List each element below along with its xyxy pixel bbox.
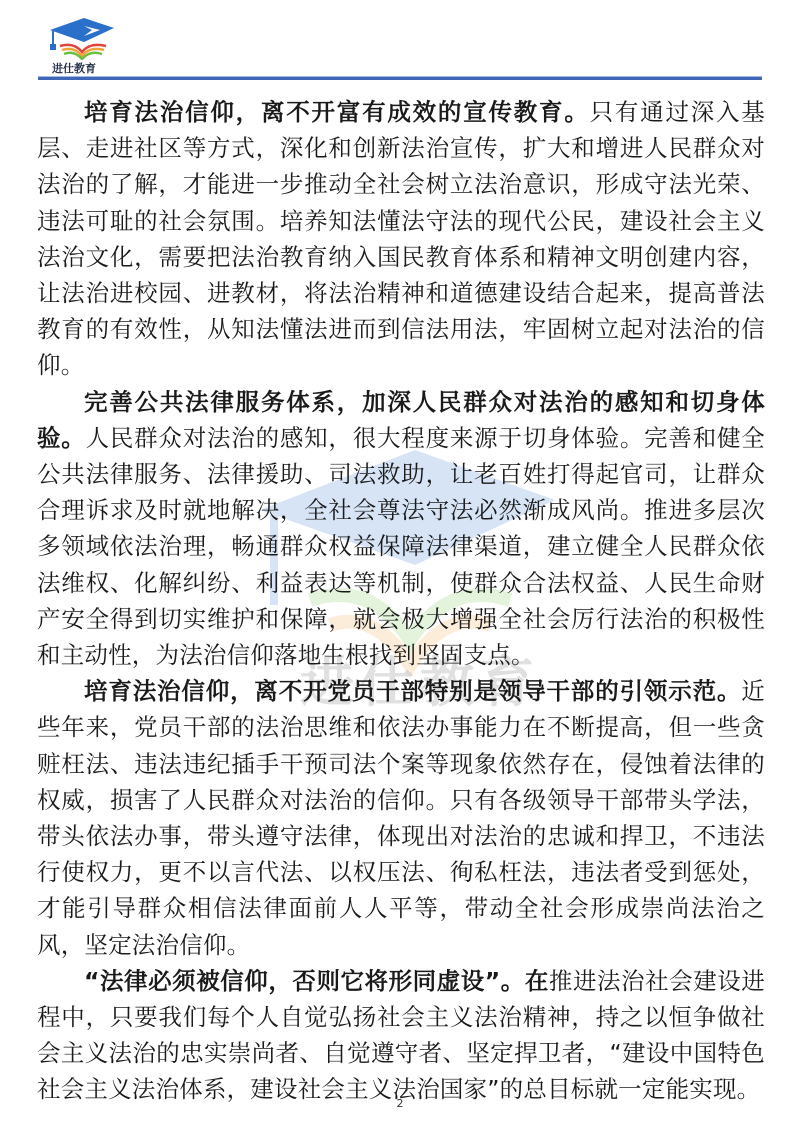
paragraph-3: 培育法治信仰，离不开党员干部特别是领导干部的引领示范。近些年来，党员干部的法治思… — [37, 673, 765, 963]
paragraph-4-lead: “法律必须被信仰，否则它将形同虚设”。在 — [84, 967, 549, 995]
paragraph-4: “法律必须被信仰，否则它将形同虚设”。在推进法治社会建设进程中，只要我们每个人自… — [37, 963, 765, 1108]
paragraph-1: 培育法治信仰，离不开富有成效的宣传教育。只有通过深入基层、走进社区等方式，深化和… — [37, 94, 765, 384]
logo-text: 进仕教育 — [52, 60, 96, 76]
article-body: 培育法治信仰，离不开富有成效的宣传教育。只有通过深入基层、走进社区等方式，深化和… — [37, 94, 765, 1108]
paragraph-1-lead: 培育法治信仰，离不开富有成效的宣传教育。 — [84, 98, 590, 126]
paragraph-1-body: 只有通过深入基层、走进社区等方式，深化和创新法治宣传，扩大和增进人民群众对法治的… — [37, 98, 765, 379]
header-divider — [38, 76, 762, 80]
graduation-cap-book-icon — [44, 16, 116, 60]
page-number: 2 — [0, 1097, 800, 1110]
logo: 进仕教育 — [40, 16, 120, 74]
page-header: 进仕教育 — [0, 0, 800, 90]
paragraph-3-lead: 培育法治信仰，离不开党员干部特别是领导干部的引领示范。 — [84, 677, 741, 705]
paragraph-2-body: 人民群众对法治的感知，很大程度来源于切身体验。完善和健全公共法律服务、法律援助、… — [37, 424, 765, 669]
paragraph-3-body: 近些年来，党员干部的法治思维和依法办事能力在不断提高，但一些贪赃枉法、违法违纪插… — [37, 677, 765, 958]
paragraph-2: 完善公共法律服务体系，加深人民群众对法治的感知和切身体验。人民群众对法治的感知，… — [37, 384, 765, 674]
